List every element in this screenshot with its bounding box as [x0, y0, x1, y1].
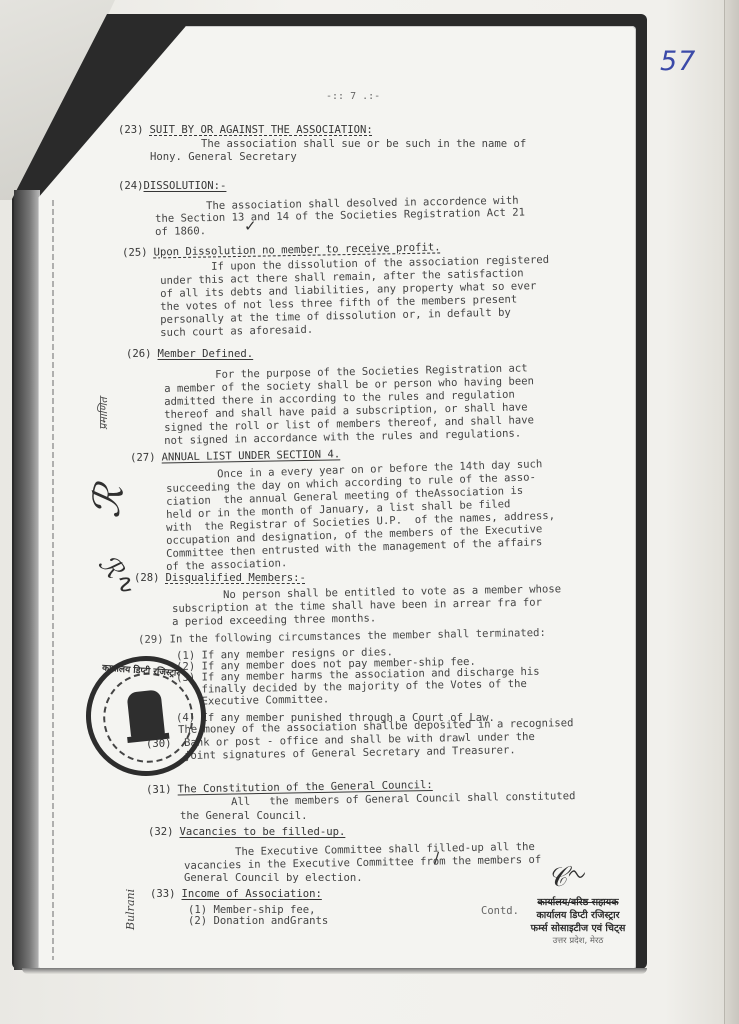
- section-23-title: SUIT BY OR AGAINST THE ASSOCIATION:: [150, 124, 373, 136]
- section-24-body-3: of 1860.: [155, 225, 206, 238]
- section-26-heading: (26)Member Defined.: [126, 348, 253, 360]
- office-stamp-line-1: कार्यालय/वरिष्ठ सहायक: [508, 896, 648, 909]
- section-25-title: Upon Dissolution no member to receive pr…: [154, 241, 441, 258]
- section-28-title: Disqualified Members:-: [166, 572, 306, 584]
- section-27-heading: (27)ANNUAL LIST UNDER SECTION 4.: [130, 448, 340, 464]
- signature-3: 𝒞∿: [546, 860, 585, 896]
- section-29-title: In the following circumstances the membe…: [170, 627, 546, 646]
- section-32-heading: (32)Vacancies to be filled-up.: [148, 826, 345, 838]
- section-28-body-3: a period exceeding three months.: [172, 612, 376, 628]
- section-24-heading: (24)DISSOLUTION:-: [118, 180, 226, 192]
- office-stamp-line-3: फर्म्स सोसाइटीज एवं चिट्स: [508, 922, 648, 935]
- checkmark-icon: ✓: [244, 220, 257, 232]
- checkmark-icon: /: [434, 852, 439, 864]
- section-29-heading: (29)In the following circumstances the m…: [138, 627, 546, 646]
- section-27-body-8: of the association.: [166, 557, 288, 573]
- section-24-title: DISSOLUTION:-: [144, 180, 227, 192]
- page-marker: -:: 7 .:-: [326, 91, 380, 103]
- section-28-heading: (28)Disqualified Members:-: [134, 572, 306, 584]
- office-stamp-line-2: कार्यालय डिप्टी रजिस्ट्रार: [508, 909, 648, 922]
- section-31-body-2: the General Council.: [180, 810, 308, 822]
- section-33-item-2: (2) Donation andGrants: [188, 915, 328, 927]
- office-stamp: कार्यालय/वरिष्ठ सहायक कार्यालय डिप्टी रज…: [508, 896, 648, 948]
- section-23-body-2: Hony. General Secretary: [150, 151, 297, 163]
- margin-note-1: प्रमाणित: [96, 397, 111, 430]
- office-stamp-line-4: उत्तर प्रदेश, मेरठ: [508, 935, 648, 948]
- section-23-body-1: The association shall sue or be such in …: [150, 138, 526, 150]
- state-emblem-icon: [126, 689, 165, 738]
- section-25-body-6: such court as aforesaid.: [160, 324, 313, 339]
- section-33-title: Income of Association:: [182, 888, 322, 900]
- section-32-title: Vacancies to be filled-up.: [180, 826, 346, 838]
- section-23-heading: (23)SUIT BY OR AGAINST THE ASSOCIATION:: [118, 124, 373, 136]
- section-33-heading: (33)Income of Association:: [150, 888, 322, 900]
- section-26-title: Member Defined.: [158, 348, 254, 360]
- section-27-title: ANNUAL LIST UNDER SECTION 4.: [162, 448, 341, 463]
- section-32-body-3: General Council by election.: [184, 872, 363, 884]
- margin-note-2: Bulrani: [124, 889, 137, 930]
- seal-text: कार्यालय डिप्टी रजिस्ट्रार: [102, 661, 181, 679]
